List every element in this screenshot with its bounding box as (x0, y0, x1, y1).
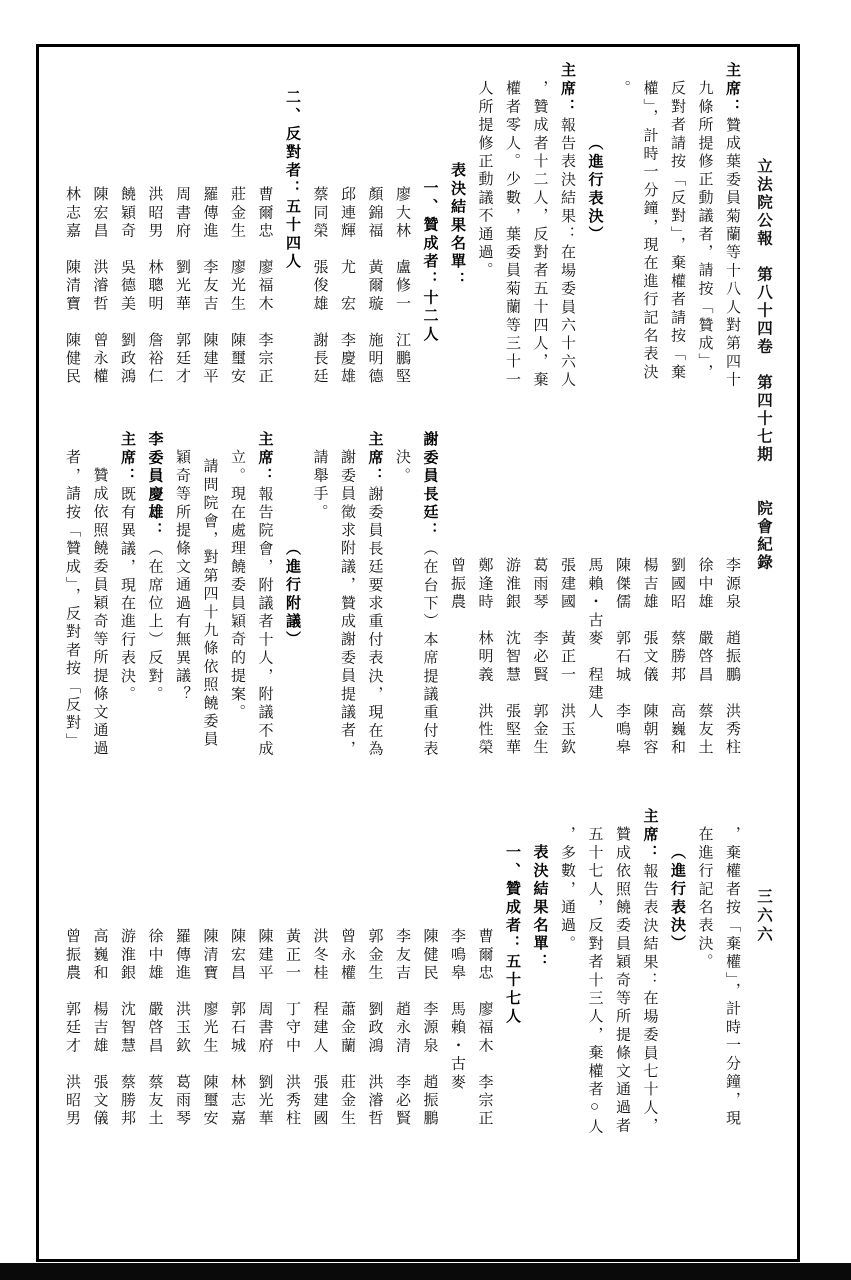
name-column: 葛雨琴 李必賢 郭金生 (525, 431, 553, 811)
name-column: 羅傳進 李友吉 陳建平 (195, 62, 223, 458)
text-column: 謝委員徵求附議，贊成謝委員提議者， (333, 431, 361, 811)
text-column: 主席：謝委員長廷要求重付表決，現在為 (360, 431, 388, 811)
text-column: 人所提修正動議不通過。 (470, 62, 498, 458)
page: 立法院公報 第八十四卷 第四十七期 院會紀錄 三六六 主席：贊成葉委員菊蘭等十八… (0, 0, 851, 1280)
speaker-label: 李委員慶雄： (147, 431, 163, 540)
speaker-label: 主席： (559, 62, 575, 117)
text-column: 謝委員長廷：（在台下）本席提議重付表 (415, 431, 443, 811)
text-column: 者，請按「贊成」，反對者按「反對」 (58, 431, 86, 811)
name-column: 鄭逢時 林明義 洪性榮 (470, 431, 498, 811)
heading-column: 一、贊成者：五十七人 (498, 808, 526, 1144)
text-column: 穎奇等所提條文通過有無異議？ (168, 431, 196, 811)
name-column: 李源泉 趙振鵬 洪秀柱 (718, 431, 746, 811)
name-column: 李友吉 趙永清 李必賢 (388, 808, 416, 1144)
speaker-label: 主席： (119, 431, 135, 486)
name-column: 徐中雄 嚴啓昌 蔡友土 (690, 431, 718, 811)
text-column: 請舉手。 (305, 431, 333, 811)
name-column: 曹爾忠 廖福木 李宗正 (470, 808, 498, 1144)
text-column: 立。現在處理饒委員穎奇的提案。 (223, 431, 251, 811)
text-column: 反對者請按「反對」，棄權者請按「棄 (663, 62, 691, 458)
name-column: 曾永權 蕭金蘭 莊金生 (333, 808, 361, 1144)
name-column: 洪冬桂 程建人 張建國 (305, 808, 333, 1144)
name-column: 曾振農 郭廷才 洪昭男 (58, 808, 86, 1144)
name-column: 邱連輝 尤 宏 李慶雄 (333, 62, 361, 458)
band-1: 主席：贊成葉委員菊蘭等十八人對第四十九條所提修正動議者，請按「贊成」，反對者請按… (58, 62, 746, 458)
heading-column: 二、反對者：五十四人 (278, 62, 306, 458)
running-head: 立法院公報 第八十四卷 第四十七期 院會紀錄 (752, 158, 774, 572)
name-column: 陳清寶 廖光生 陳璽安 (195, 808, 223, 1144)
text-column: ，贊成者十二人，反對者五十四人，棄 (525, 62, 553, 458)
scan-edge-bar (0, 1263, 851, 1280)
text-column: 贊成依照饒委員穎奇等所提條文通過者 (608, 808, 636, 1144)
text-column: 九條所提修正動議者，請按「贊成」， (690, 62, 718, 458)
name-column: 顏錦福 黃爾璇 施明德 (360, 62, 388, 458)
heading-column: （進行表決） (663, 808, 691, 1144)
name-column: 馬賴・古麥 程建人 (580, 431, 608, 811)
heading-column: 表決結果名單： (525, 808, 553, 1144)
name-column: 高巍和 楊吉雄 張文儀 (85, 808, 113, 1144)
speaker-label: 主席： (367, 431, 383, 486)
name-column: 洪昭男 林聰明 詹裕仁 (140, 62, 168, 458)
band-2: 李源泉 趙振鵬 洪秀柱徐中雄 嚴啓昌 蔡友土劉國昭 蔡勝邦 高巍和楊吉雄 張文儀… (58, 431, 746, 811)
text-column: 主席：報告表決結果：在場委員七十人， (635, 808, 663, 1144)
name-column: 郭金生 劉政鴻 洪濬哲 (360, 808, 388, 1144)
text-column: 主席：報告院會，附議者十人，附議不成 (250, 431, 278, 811)
text-column: 決。 (388, 431, 416, 811)
name-column: 游淮銀 沈智慧 張堅華 (498, 431, 526, 811)
name-column: 游淮銀 沈智慧 蔡勝邦 (113, 808, 141, 1144)
name-column: 黃正一 丁守中 洪秀柱 (278, 808, 306, 1144)
name-column: 陳宏昌 郭石城 林志嘉 (223, 808, 251, 1144)
page-number: 三六六 (752, 888, 774, 945)
name-column: 陳宏昌 洪濬哲 曾永權 (85, 62, 113, 458)
text-column: 五十七人，反對者十三人，棄權者○人 (580, 808, 608, 1144)
text-column: 請問院會，對第四十九條依照饒委員 (195, 431, 223, 811)
heading-column: （進行附議） (278, 431, 306, 811)
text-column: 在進行記名表決。 (690, 808, 718, 1144)
speaker-label: 主席： (257, 431, 273, 486)
name-column: 羅傳進 洪玉欽 葛雨琴 (168, 808, 196, 1144)
text-column: 李委員慶雄：（在席位上）反對。 (140, 431, 168, 811)
speaker-label: 謝委員長廷： (422, 431, 438, 540)
name-column: 饒穎奇 吳德美 劉政鴻 (113, 62, 141, 458)
name-column: 李鳴皋 馬賴・古麥 (443, 808, 471, 1144)
heading-column: 表決結果名單： (443, 62, 471, 458)
name-column: 陳傑儒 郭石城 李鳴皋 (608, 431, 636, 811)
speaker-label: 主席： (642, 808, 658, 863)
text-column: 贊成依照饒委員穎奇等所提條文通過 (85, 431, 113, 811)
heading-column: 一、贊成者：十二人 (415, 62, 443, 458)
name-column: 林志嘉 陳清寶 陳健民 (58, 62, 86, 458)
text-column: 主席：報告表決結果：在場委員六十六人 (553, 62, 581, 458)
name-column: 陳建平 周書府 劉光華 (250, 808, 278, 1144)
name-column: 劉國昭 蔡勝邦 高巍和 (663, 431, 691, 811)
text-column: 權」，計時一分鐘，現在進行記名表決 (635, 62, 663, 458)
name-column: 莊金生 廖光生 陳璽安 (223, 62, 251, 458)
heading-column: （進行表決） (580, 62, 608, 458)
name-column: 廖大林 盧修一 江鵬堅 (388, 62, 416, 458)
text-column: ，棄權者按「棄權」，計時一分鐘，現 (718, 808, 746, 1144)
name-column: 楊吉雄 張文儀 陳朝容 (635, 431, 663, 811)
name-column: 徐中雄 嚴啓昌 蔡友土 (140, 808, 168, 1144)
band-3: ，棄權者按「棄權」，計時一分鐘，現在進行記名表決。（進行表決）主席：報告表決結果… (58, 808, 746, 1144)
name-column: 陳健民 李源泉 趙振鵬 (415, 808, 443, 1144)
name-column: 蔡同榮 張俊雄 謝長廷 (305, 62, 333, 458)
name-column: 張建國 黃正一 洪玉欽 (553, 431, 581, 811)
name-column: 周書府 劉光華 郭廷才 (168, 62, 196, 458)
name-column: 曹爾忠 廖福木 李宗正 (250, 62, 278, 458)
text-column: 。 (608, 62, 636, 458)
name-column: 曾振農 (443, 431, 471, 811)
text-column: 主席：既有異議，現在進行表決。 (113, 431, 141, 811)
text-column: 主席：贊成葉委員菊蘭等十八人對第四十 (718, 62, 746, 458)
text-column: 權者零人。少數，葉委員菊蘭等三十一 (498, 62, 526, 458)
text-column: ，多數，通過。 (553, 808, 581, 1144)
speaker-label: 主席： (724, 62, 740, 117)
